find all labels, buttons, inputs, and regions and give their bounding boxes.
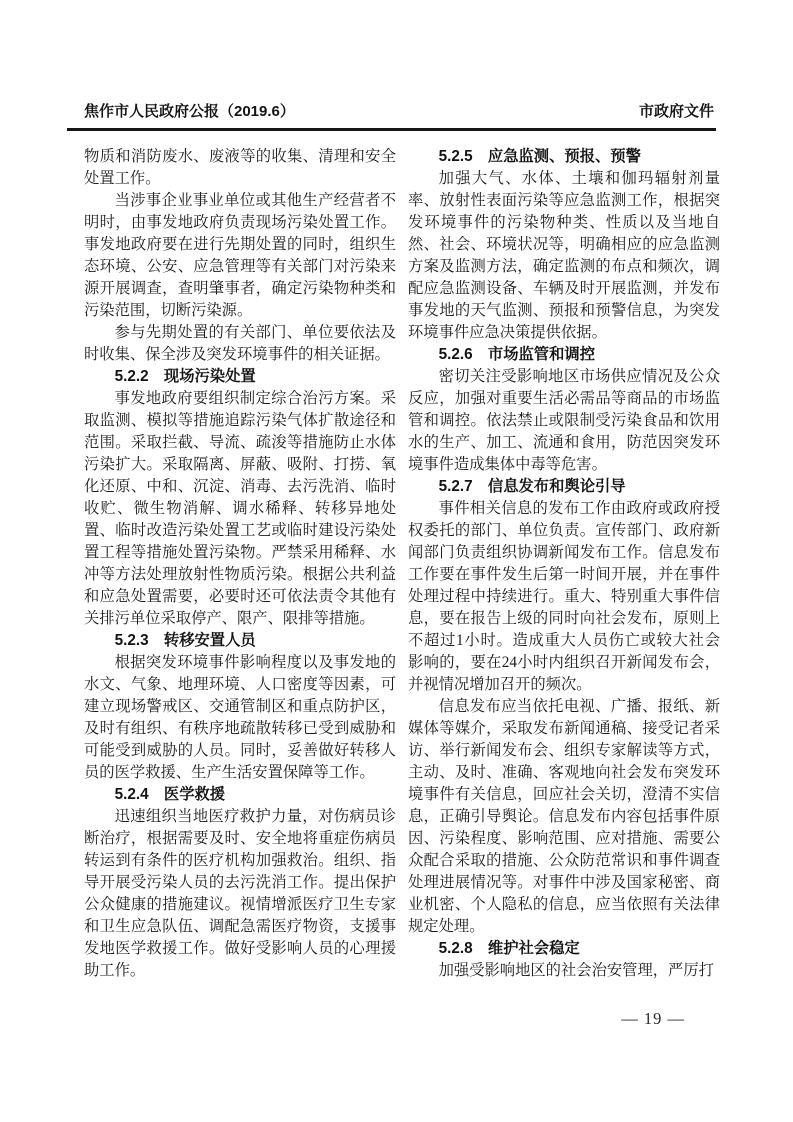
column-right: 5.2.5 应急监测、预报、预警 加强大气、水体、土壤和伽玛辐射剂量率、放射性表…: [408, 146, 720, 982]
gazette-title: 焦作市人民政府公报（2019.6）: [67, 103, 295, 121]
section-heading-5-2-7: 5.2.7 信息发布和舆论引导: [408, 476, 720, 498]
section-heading-5-2-4: 5.2.4 医学救援: [84, 784, 396, 806]
paragraph: 当涉事企业事业单位或其他生产经营者不明时，由事发地政府负责现场污染处置工作。事发…: [84, 190, 396, 322]
section-heading-5-2-8: 5.2.8 维护社会稳定: [408, 938, 720, 960]
section-heading-5-2-5: 5.2.5 应急监测、预报、预警: [408, 146, 720, 168]
section-heading-5-2-2: 5.2.2 现场污染处置: [84, 366, 396, 388]
paragraph: 加强受影响地区的社会治安管理，严厉打: [408, 960, 720, 982]
paragraph: 根据突发环境事件影响程度以及事发地的水文、气象、地理环境、人口密度等因素，可建立…: [84, 652, 396, 784]
two-column-body: 物质和消防废水、废液等的收集、清理和安全处置工作。 当涉事企业事业单位或其他生产…: [84, 146, 720, 982]
paragraph: 信息发布应当依托电视、广播、报纸、新媒体等媒介，采取发布新闻通稿、接受记者采访、…: [408, 696, 720, 938]
paragraph: 事件相关信息的发布工作由政府或政府授权委托的部门、单位负责。宣传部门、政府新闻部…: [408, 498, 720, 696]
column-left: 物质和消防废水、废液等的收集、清理和安全处置工作。 当涉事企业事业单位或其他生产…: [84, 146, 396, 982]
gazette-header: 焦作市人民政府公报（2019.6） 市政府文件: [67, 103, 716, 131]
paragraph: 迅速组织当地医疗救护力量，对伤病员诊断治疗，根据需要及时、安全地将重症伤病员转运…: [84, 806, 396, 982]
paragraph: 事发地政府要组织制定综合治污方案。采取监测、模拟等措施追踪污染气体扩散途径和范围…: [84, 388, 396, 630]
page-number: — 19 —: [621, 1008, 685, 1030]
paragraph-continuation: 物质和消防废水、废液等的收集、清理和安全处置工作。: [84, 146, 396, 190]
gazette-page: 焦作市人民政府公报（2019.6） 市政府文件 物质和消防废水、废液等的收集、清…: [0, 0, 793, 1122]
paragraph: 加强大气、水体、土壤和伽玛辐射剂量率、放射性表面污染等应急监测工作，根据突发环境…: [408, 168, 720, 344]
section-heading-5-2-3: 5.2.3 转移安置人员: [84, 630, 396, 652]
section-heading-5-2-6: 5.2.6 市场监管和调控: [408, 344, 720, 366]
document-category-label: 市政府文件: [639, 103, 716, 121]
paragraph: 参与先期处置的有关部门、单位要依法及时收集、保全涉及突发环境事件的相关证据。: [84, 322, 396, 366]
paragraph: 密切关注受影响地区市场供应情况及公众反应，加强对重要生活必需品等商品的市场监管和…: [408, 366, 720, 476]
